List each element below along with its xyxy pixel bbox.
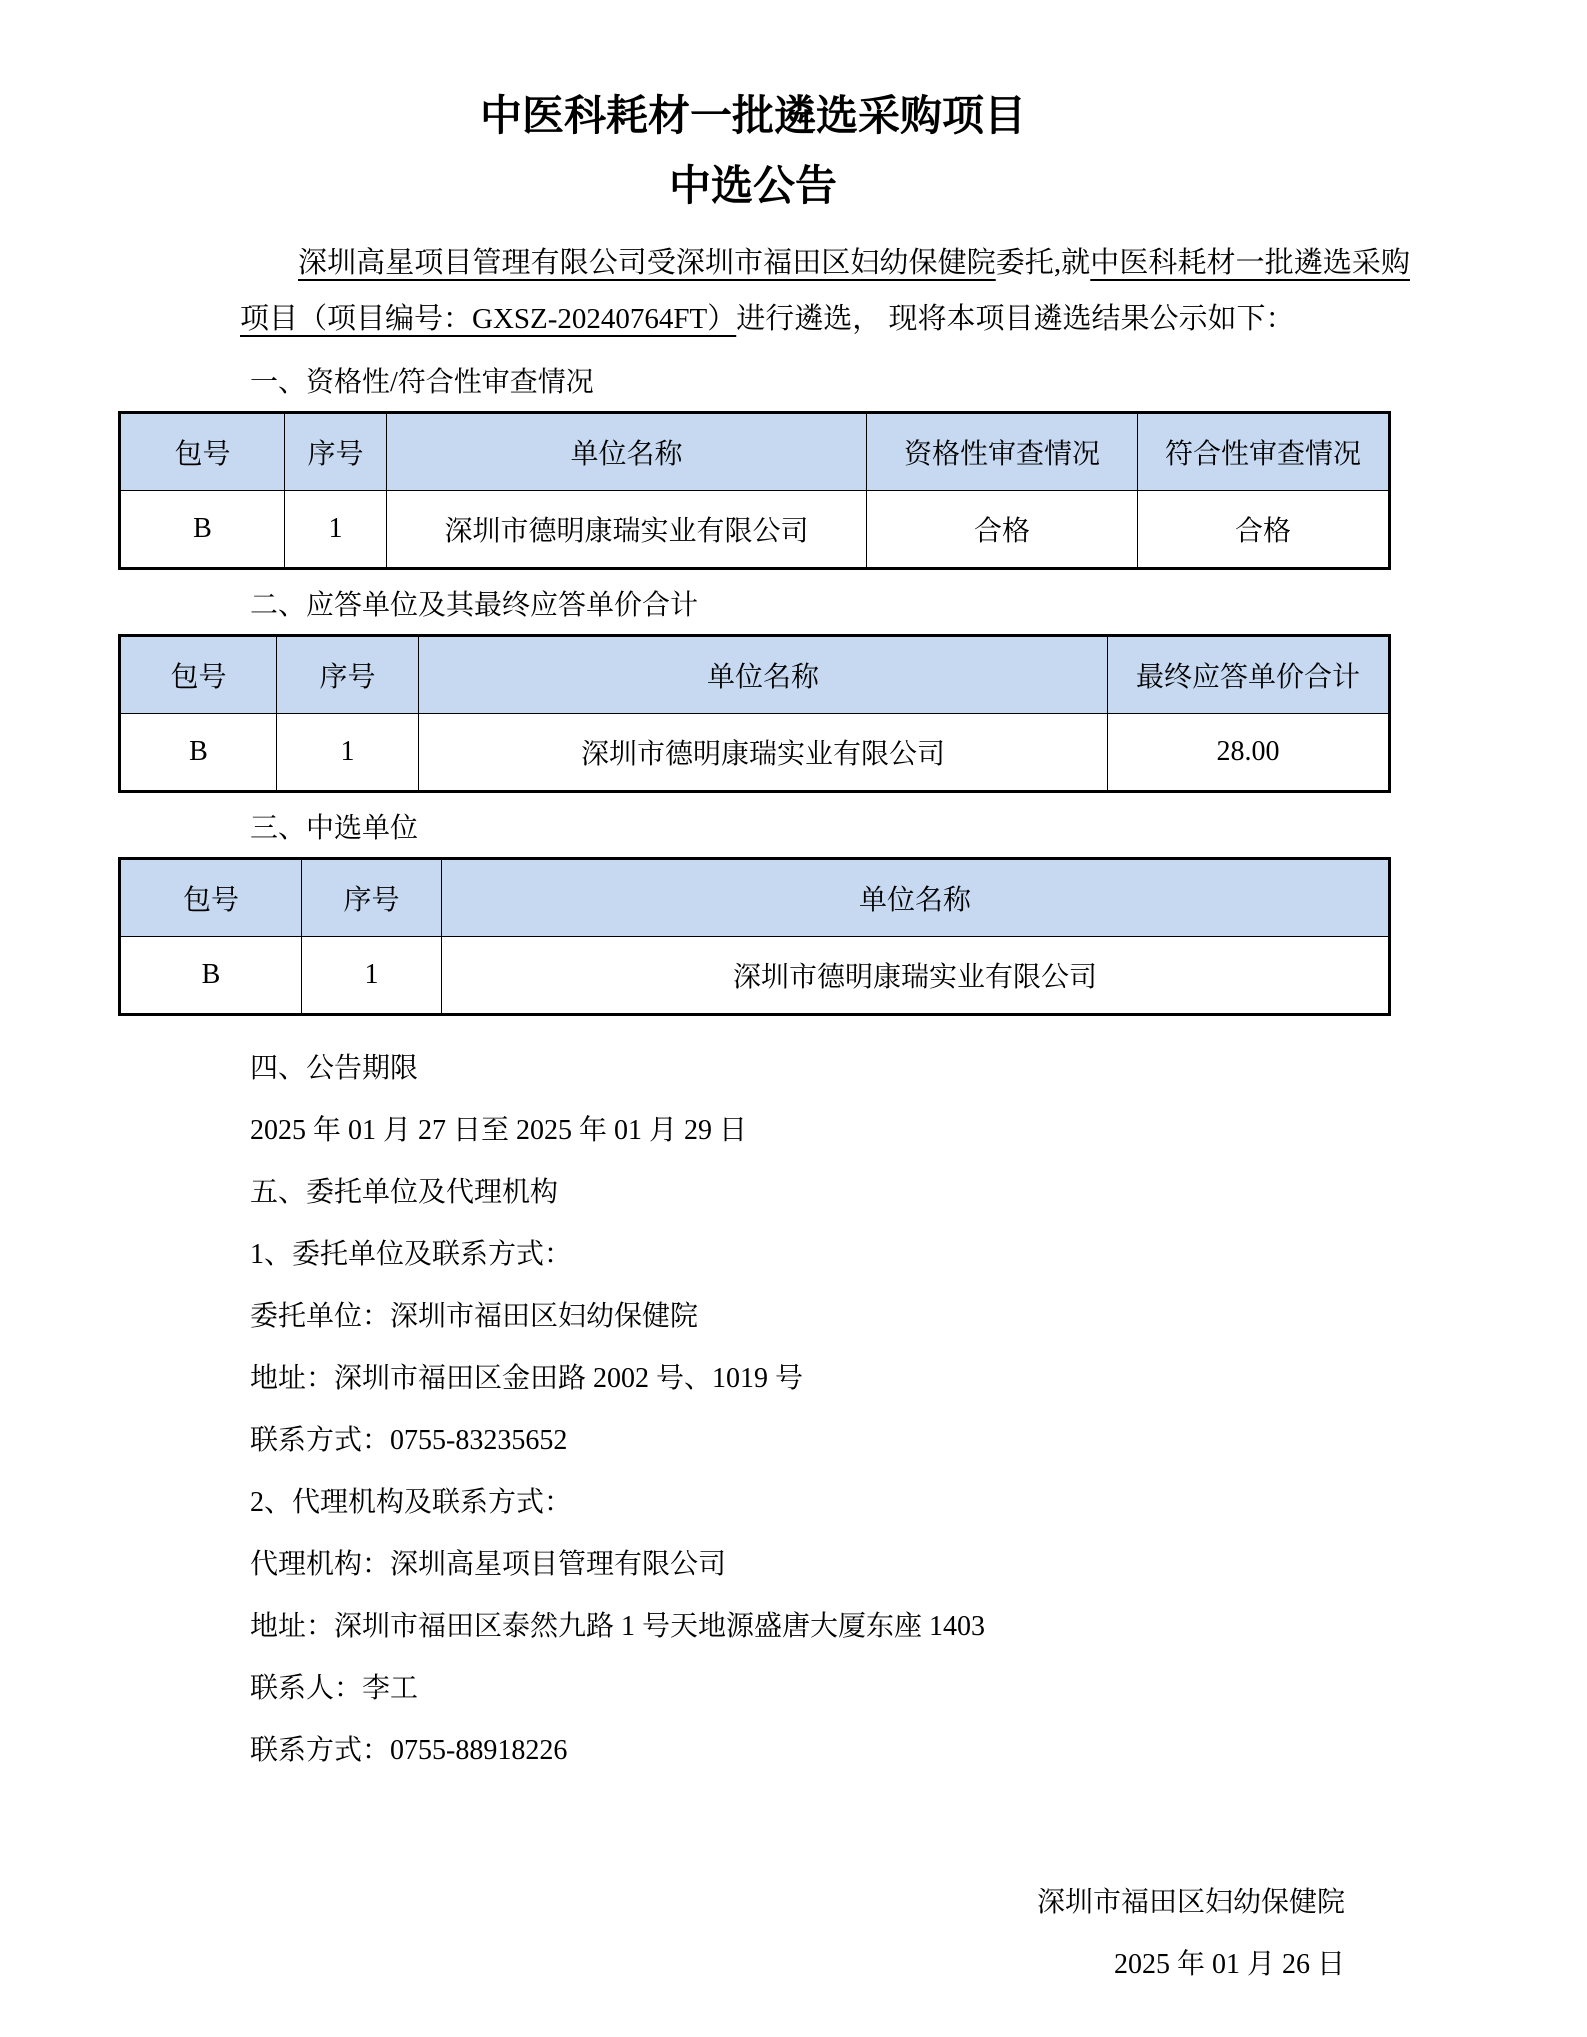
intro-segment: 深圳高星项目管理有限公司受深圳市福田区妇幼保健院 (298, 247, 996, 279)
column-header: 序号 (302, 859, 442, 937)
table-cell: B (120, 491, 285, 569)
contact-line: 地址：深圳市福田区金田路 2002 号、1019 号 (250, 1348, 1388, 1410)
column-header: 资格性审查情况 (867, 413, 1138, 491)
doc-title-line2: 中选公告 (118, 157, 1388, 217)
table-cell: 28.00 (1108, 714, 1390, 792)
contact-line: 委托单位：深圳市福田区妇幼保健院 (250, 1286, 1388, 1348)
section-3-heading: 三、中选单位 (250, 801, 1388, 857)
qualification-review-table: 包号序号单位名称资格性审查情况符合性审查情况B1深圳市德明康瑞实业有限公司合格合… (118, 411, 1391, 570)
column-header: 单位名称 (442, 859, 1390, 937)
contact-line: 2、代理机构及联系方式： (250, 1472, 1388, 1534)
table-row: B1深圳市德明康瑞实业有限公司 (120, 937, 1390, 1015)
table-cell: 1 (277, 714, 419, 792)
table-cell: 深圳市德明康瑞实业有限公司 (442, 937, 1390, 1015)
contact-lines: 1、委托单位及联系方式：委托单位：深圳市福田区妇幼保健院地址：深圳市福田区金田路… (118, 1224, 1388, 1782)
column-header: 包号 (120, 859, 302, 937)
table-cell: B (120, 937, 302, 1015)
footer-date: 2025 年 01 月 26 日 (118, 1934, 1345, 1996)
contact-line: 地址：深圳市福田区泰然九路 1 号天地源盛唐大厦东座 1403 (250, 1596, 1388, 1658)
footer: 深圳市福田区妇幼保健院 2025 年 01 月 26 日 (118, 1872, 1345, 1996)
section-1-heading: 一、资格性/符合性审查情况 (250, 355, 1388, 411)
document-page: 中医科耗材一批遴选采购项目 中选公告 深圳高星项目管理有限公司受深圳市福田区妇幼… (0, 0, 1388, 1996)
section-4-heading: 四、公告期限 (250, 1038, 1388, 1100)
footer-org: 深圳市福田区妇幼保健院 (118, 1872, 1345, 1934)
column-header: 单位名称 (387, 413, 867, 491)
table-cell: 1 (285, 491, 387, 569)
intro-segment: 进行遴选， 现将本项目遴选结果公示如下： (736, 303, 1294, 335)
doc-title-line1: 中医科耗材一批遴选采购项目 (118, 87, 1388, 147)
table-row: B1深圳市德明康瑞实业有限公司28.00 (120, 714, 1390, 792)
contact-line: 联系方式：0755-88918226 (250, 1720, 1388, 1782)
column-header: 包号 (120, 636, 277, 714)
column-header: 序号 (277, 636, 419, 714)
announcement-period: 2025 年 01 月 27 日至 2025 年 01 月 29 日 (250, 1100, 1388, 1162)
column-header: 序号 (285, 413, 387, 491)
contact-line: 代理机构：深圳高星项目管理有限公司 (250, 1534, 1388, 1596)
table-cell: 深圳市德明康瑞实业有限公司 (419, 714, 1108, 792)
table-cell: 合格 (867, 491, 1138, 569)
contact-line: 联系人：李工 (250, 1658, 1388, 1720)
column-header: 包号 (120, 413, 285, 491)
column-header: 最终应答单价合计 (1108, 636, 1390, 714)
selected-unit-table: 包号序号单位名称B1深圳市德明康瑞实业有限公司 (118, 857, 1391, 1016)
table-row: B1深圳市德明康瑞实业有限公司合格合格 (120, 491, 1390, 569)
table-cell: 深圳市德明康瑞实业有限公司 (387, 491, 867, 569)
contact-line: 联系方式：0755-83235652 (250, 1410, 1388, 1472)
intro-segment: 委托,就 (996, 247, 1091, 279)
column-header: 符合性审查情况 (1138, 413, 1390, 491)
response-price-table: 包号序号单位名称最终应答单价合计B1深圳市德明康瑞实业有限公司28.00 (118, 634, 1391, 793)
table-cell: B (120, 714, 277, 792)
table-cell: 1 (302, 937, 442, 1015)
contact-line: 1、委托单位及联系方式： (250, 1224, 1388, 1286)
section-5-heading: 五、委托单位及代理机构 (250, 1162, 1388, 1224)
column-header: 单位名称 (419, 636, 1108, 714)
section-2-heading: 二、应答单位及其最终应答单价合计 (250, 578, 1388, 634)
intro-paragraph: 深圳高星项目管理有限公司受深圳市福田区妇幼保健院委托,就中医科耗材一批遴选采购项… (240, 235, 1410, 347)
table-cell: 合格 (1138, 491, 1390, 569)
